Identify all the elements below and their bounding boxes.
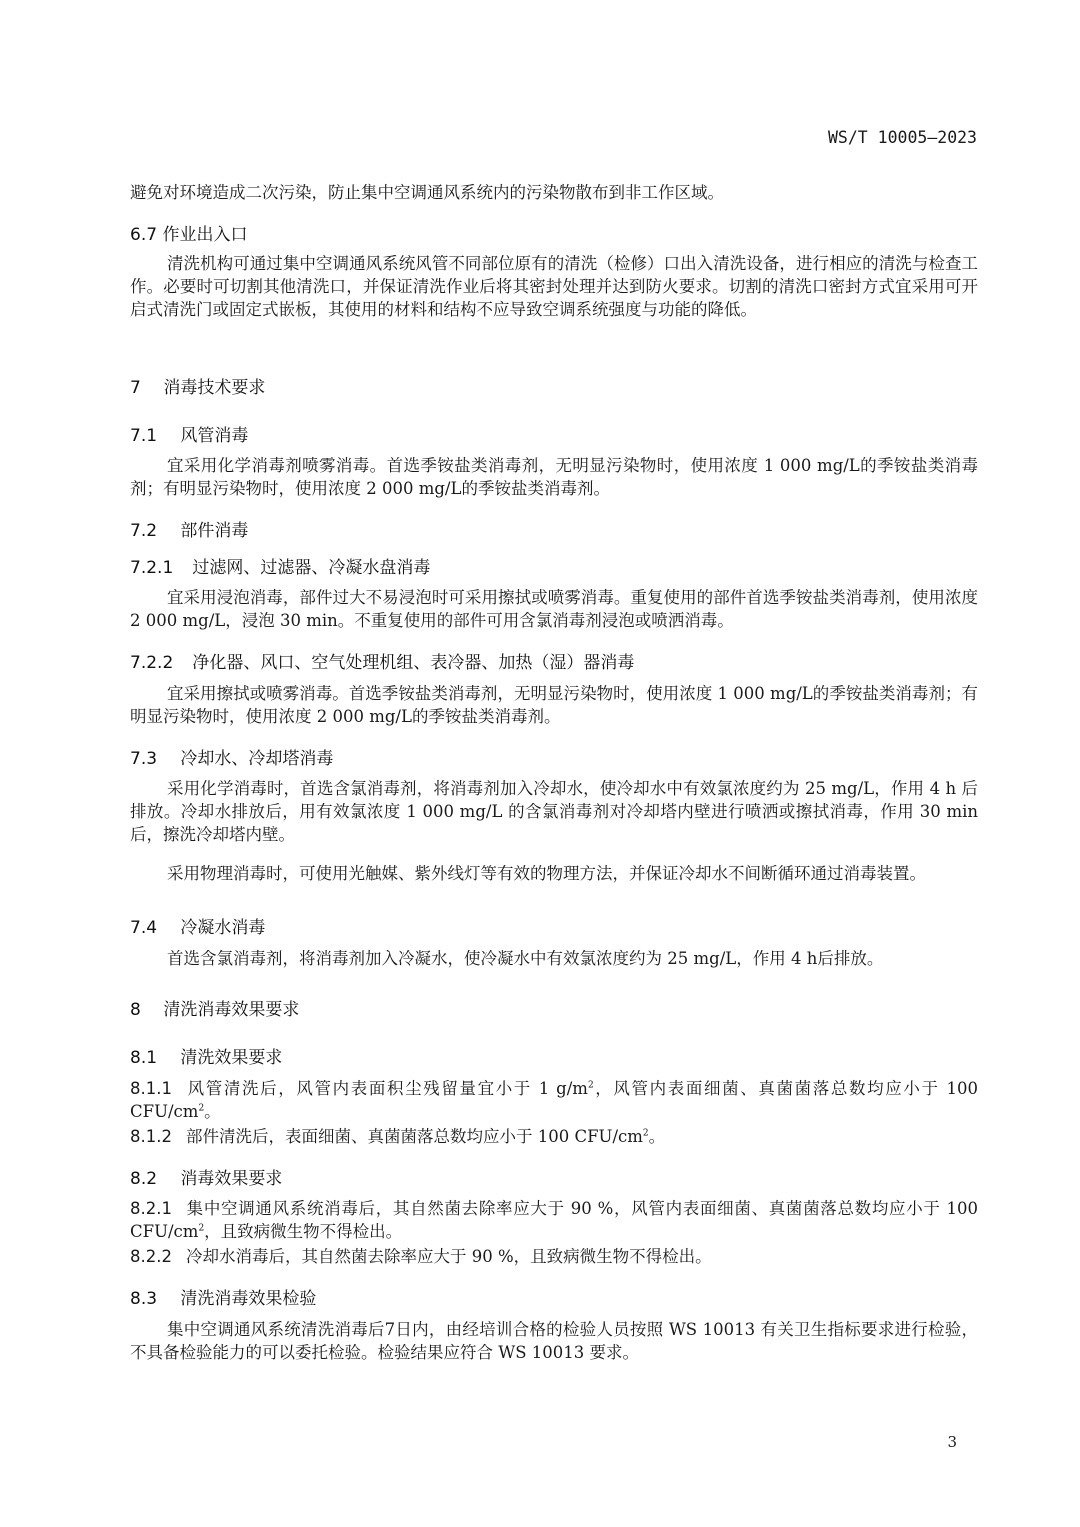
heading-title: 风管消毒 bbox=[180, 426, 248, 446]
heading-8-1: 8.1 清洗效果要求 bbox=[130, 1043, 978, 1068]
clause-text-b: ，且致病微生物不得检出。 bbox=[204, 1222, 402, 1241]
paragraph-7-2-1: 宜采用浸泡消毒，部件过大不易浸泡时可采用擦拭或喷雾消毒。重复使用的部件首选季铵盐… bbox=[130, 586, 978, 632]
clause-number: 8.2.2 bbox=[130, 1247, 172, 1266]
heading-number: 7.2 bbox=[130, 521, 175, 541]
heading-number: 8 bbox=[130, 1000, 158, 1020]
heading-title: 净化器、风口、空气处理机组、表冷器、加热（湿）器消毒 bbox=[192, 653, 634, 673]
heading-number: 8.3 bbox=[130, 1289, 175, 1309]
clause-text-c: 。 bbox=[204, 1102, 221, 1121]
heading-7-2-2: 7.2.2 净化器、风口、空气处理机组、表冷器、加热（湿）器消毒 bbox=[130, 648, 978, 673]
paragraph-6-6-continued: 避免对环境造成二次污染，防止集中空调通风系统内的污染物散布到非工作区域。 bbox=[130, 181, 978, 204]
heading-title: 消毒技术要求 bbox=[163, 378, 265, 398]
heading-title: 清洗消毒效果要求 bbox=[163, 1000, 299, 1020]
clause-text: 冷却水消毒后，其自然菌去除率应大于 90 %，且致病微生物不得检出。 bbox=[186, 1247, 712, 1266]
heading-number: 7.4 bbox=[130, 918, 175, 938]
heading-title: 冷凝水消毒 bbox=[180, 918, 265, 938]
page-number: 3 bbox=[947, 1433, 957, 1451]
heading-7-4: 7.4 冷凝水消毒 bbox=[130, 913, 978, 938]
clause-8-2-1: 8.2.1集中空调通风系统消毒后，其自然菌去除率应大于 90 %，风管内表面细菌… bbox=[130, 1197, 978, 1243]
heading-title: 消毒效果要求 bbox=[180, 1169, 282, 1189]
clause-number: 8.2.1 bbox=[130, 1199, 172, 1218]
heading-7-3: 7.3 冷却水、冷却塔消毒 bbox=[130, 744, 978, 769]
paragraph-8-3: 集中空调通风系统清洗消毒后7日内，由经培训合格的检验人员按照 WS 10013 … bbox=[130, 1318, 978, 1364]
heading-7: 7 消毒技术要求 bbox=[130, 373, 978, 398]
clause-text-b: 。 bbox=[649, 1127, 666, 1146]
heading-number: 8.2 bbox=[130, 1169, 175, 1189]
paragraph-7-3-physical: 采用物理消毒时，可使用光触媒、紫外线灯等有效的物理方法，并保证冷却水不间断循环通… bbox=[130, 862, 978, 885]
heading-number: 6.7 bbox=[130, 225, 157, 245]
heading-8-3: 8.3 清洗消毒效果检验 bbox=[130, 1284, 978, 1309]
document-page: WS/T 10005—2023 避免对环境造成二次污染，防止集中空调通风系统内的… bbox=[0, 0, 1080, 1527]
heading-title: 清洗消毒效果检验 bbox=[180, 1289, 316, 1309]
heading-title: 清洗效果要求 bbox=[180, 1048, 282, 1068]
heading-number: 7 bbox=[130, 378, 158, 398]
heading-number: 7.1 bbox=[130, 426, 175, 446]
paragraph-7-2-2: 宜采用擦拭或喷雾消毒。首选季铵盐类消毒剂，无明显污染物时，使用浓度 1 000 … bbox=[130, 682, 978, 728]
heading-6-7: 6.7 作业出入口 bbox=[130, 220, 978, 245]
heading-title: 作业出入口 bbox=[162, 225, 247, 245]
heading-8-2: 8.2 消毒效果要求 bbox=[130, 1164, 978, 1189]
heading-7-1: 7.1 风管消毒 bbox=[130, 421, 978, 446]
heading-number: 7.2.2 bbox=[130, 653, 187, 673]
clause-number: 8.1.1 bbox=[130, 1079, 172, 1098]
heading-title: 部件消毒 bbox=[180, 521, 248, 541]
heading-7-2-1: 7.2.1 过滤网、过滤器、冷凝水盘消毒 bbox=[130, 553, 978, 578]
clause-8-1-2: 8.1.2部件清洗后，表面细菌、真菌菌落总数均应小于 100 CFU/cm2。 bbox=[130, 1125, 978, 1148]
clause-number: 8.1.2 bbox=[130, 1127, 172, 1146]
clause-text-a: 风管清洗后，风管内表面积尘残留量宜小于 1 g/m bbox=[186, 1079, 588, 1098]
heading-number: 7.3 bbox=[130, 749, 175, 769]
paragraph-7-3-chemical: 采用化学消毒时，首选含氯消毒剂，将消毒剂加入冷却水，使冷却水中有效氯浓度约为 2… bbox=[130, 777, 978, 846]
clause-8-2-2: 8.2.2冷却水消毒后，其自然菌去除率应大于 90 %，且致病微生物不得检出。 bbox=[130, 1245, 978, 1268]
heading-number: 7.2.1 bbox=[130, 558, 187, 578]
heading-title: 冷却水、冷却塔消毒 bbox=[180, 749, 333, 769]
heading-number: 8.1 bbox=[130, 1048, 175, 1068]
paragraph-7-4: 首选含氯消毒剂，将消毒剂加入冷凝水，使冷凝水中有效氯浓度约为 25 mg/L，作… bbox=[130, 947, 978, 970]
heading-8: 8 清洗消毒效果要求 bbox=[130, 995, 978, 1020]
heading-7-2: 7.2 部件消毒 bbox=[130, 516, 978, 541]
standard-code: WS/T 10005—2023 bbox=[828, 128, 977, 147]
paragraph-7-1: 宜采用化学消毒剂喷雾消毒。首选季铵盐类消毒剂，无明显污染物时，使用浓度 1 00… bbox=[130, 454, 978, 500]
clause-text-a: 部件清洗后，表面细菌、真菌菌落总数均应小于 100 CFU/cm bbox=[186, 1127, 643, 1146]
paragraph-6-7: 清洗机构可通过集中空调通风系统风管不同部位原有的清洗（检修）口出入清洗设备，进行… bbox=[130, 252, 978, 321]
clause-8-1-1: 8.1.1风管清洗后，风管内表面积尘残留量宜小于 1 g/m2，风管内表面细菌、… bbox=[130, 1077, 978, 1123]
heading-title: 过滤网、过滤器、冷凝水盘消毒 bbox=[192, 558, 430, 578]
